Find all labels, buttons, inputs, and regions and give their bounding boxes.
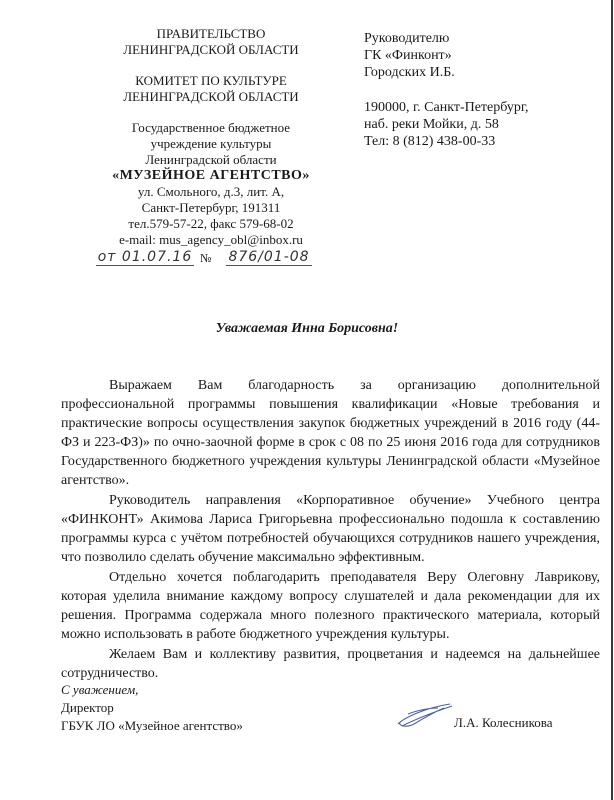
signer-organization: ГБУК ЛО «Музейное агентство» [61,717,243,735]
recipient-phone: Тел: 8 (812) 438-00-33 [364,133,604,150]
signer-name: Л.А. Колесникова [454,715,552,731]
header-line: ПРАВИТЕЛЬСТВО [88,26,334,42]
sender-phone: тел.579-57-22, факс 579-68-02 [88,216,334,232]
org-line: Ленинградской области [88,152,334,168]
committee-header: КОМИТЕТ ПО КУЛЬТУРЕ ЛЕНИНГРАДСКОЙ ОБЛАСТ… [88,73,334,105]
sender-letterhead: ПРАВИТЕЛЬСТВО ЛЕНИНГРАДСКОЙ ОБЛАСТИ КОМИ… [88,26,334,248]
regards: С уважением, [61,681,243,699]
number-sign: № [200,251,211,266]
org-name: «МУЗЕЙНОЕ АГЕНТСТВО» [88,168,334,184]
sender-address: Санкт-Петербург, 191311 [88,200,334,216]
paragraph: Желаем Вам и коллективу развития, процве… [61,645,600,683]
recipient-address: 190000, г. Санкт-Петербург, [364,99,604,116]
paragraph: Выражаем Вам благодарность за организаци… [61,376,600,490]
registration-date: от 01.07.16 [96,249,194,266]
sender-email: e-mail: mus_agency_obl@inbox.ru [88,232,334,248]
closing-block: С уважением, Директор ГБУК ЛО «Музейное … [61,681,243,735]
paragraph: Руководитель направления «Корпоративное … [61,491,600,567]
recipient-line: Руководителю [364,30,604,47]
salutation: Уважаемая Инна Борисовна! [0,321,614,337]
recipient-line: Городских И.Б. [364,64,604,81]
registration-number: 876/01-08 [226,249,312,266]
sender-address: ул. Смольного, д.3, лит. А, [88,184,334,200]
org-line: Государственное бюджетное [88,120,334,136]
page-edge-line [611,0,613,800]
signature-icon [394,700,454,730]
government-header: ПРАВИТЕЛЬСТВО ЛЕНИНГРАДСКОЙ ОБЛАСТИ [88,26,334,58]
organization-block: Государственное бюджетное учреждение кул… [88,120,334,248]
header-line: КОМИТЕТ ПО КУЛЬТУРЕ [88,73,334,89]
header-line: ЛЕНИНГРАДСКОЙ ОБЛАСТИ [88,89,334,105]
letter-body: Выражаем Вам благодарность за организаци… [61,376,600,684]
recipient-block: Руководителю ГК «Финконт» Городских И.Б.… [364,30,604,150]
org-line: учреждение культуры [88,136,334,152]
recipient-address: наб. реки Мойки, д. 58 [364,116,604,133]
registration-line: от 01.07.16 № 876/01-08 [96,249,346,267]
paragraph: Отдельно хочется поблагодарить преподава… [61,568,600,644]
signer-position: Директор [61,699,243,717]
recipient-line: ГК «Финконт» [364,47,604,64]
header-line: ЛЕНИНГРАДСКОЙ ОБЛАСТИ [88,42,334,58]
